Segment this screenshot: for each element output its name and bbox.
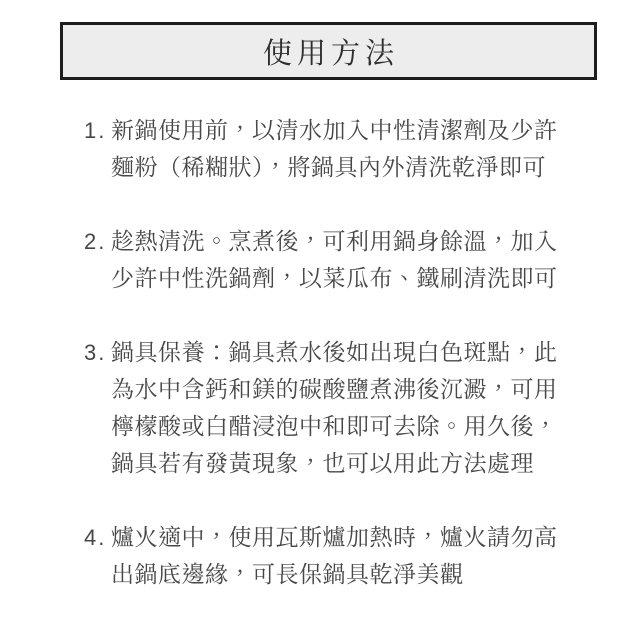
page-title: 使用方法: [258, 31, 399, 72]
item-text: 趁熱清洗。烹煮後，可利用鍋身餘溫，加入少許中性洗鍋劑，以菜瓜布、鐵刷清洗即可: [111, 223, 570, 297]
item-number: 1.: [84, 112, 111, 149]
instruction-item: 4.爐火適中，使用瓦斯爐加熱時，爐火請勿高出鍋底邊緣，可長保鍋具乾淨美觀: [84, 519, 570, 593]
instruction-item: 3.鍋具保養：鍋具煮水後如出現白色斑點，此為水中含鈣和鎂的碳酸鹽煮沸後沉澱，可用…: [84, 334, 570, 482]
item-number: 3.: [84, 334, 111, 371]
instruction-item: 1.新鍋使用前，以清水加入中性清潔劑及少許麵粉（稀糊狀），將鍋具內外清洗乾淨即可: [84, 112, 570, 186]
item-text: 鍋具保養：鍋具煮水後如出現白色斑點，此為水中含鈣和鎂的碳酸鹽煮沸後沉澱，可用檸檬…: [111, 334, 570, 482]
item-text: 爐火適中，使用瓦斯爐加熱時，爐火請勿高出鍋底邊緣，可長保鍋具乾淨美觀: [111, 519, 570, 593]
item-number: 4.: [84, 519, 111, 556]
item-text: 新鍋使用前，以清水加入中性清潔劑及少許麵粉（稀糊狀），將鍋具內外清洗乾淨即可: [111, 112, 570, 186]
instruction-item: 2.趁熱清洗。烹煮後，可利用鍋身餘溫，加入少許中性洗鍋劑，以菜瓜布、鐵刷清洗即可: [84, 223, 570, 297]
title-box: 使用方法: [60, 22, 597, 80]
instruction-list: 1.新鍋使用前，以清水加入中性清潔劑及少許麵粉（稀糊狀），將鍋具內外清洗乾淨即可…: [84, 112, 570, 630]
item-number: 2.: [84, 223, 111, 260]
